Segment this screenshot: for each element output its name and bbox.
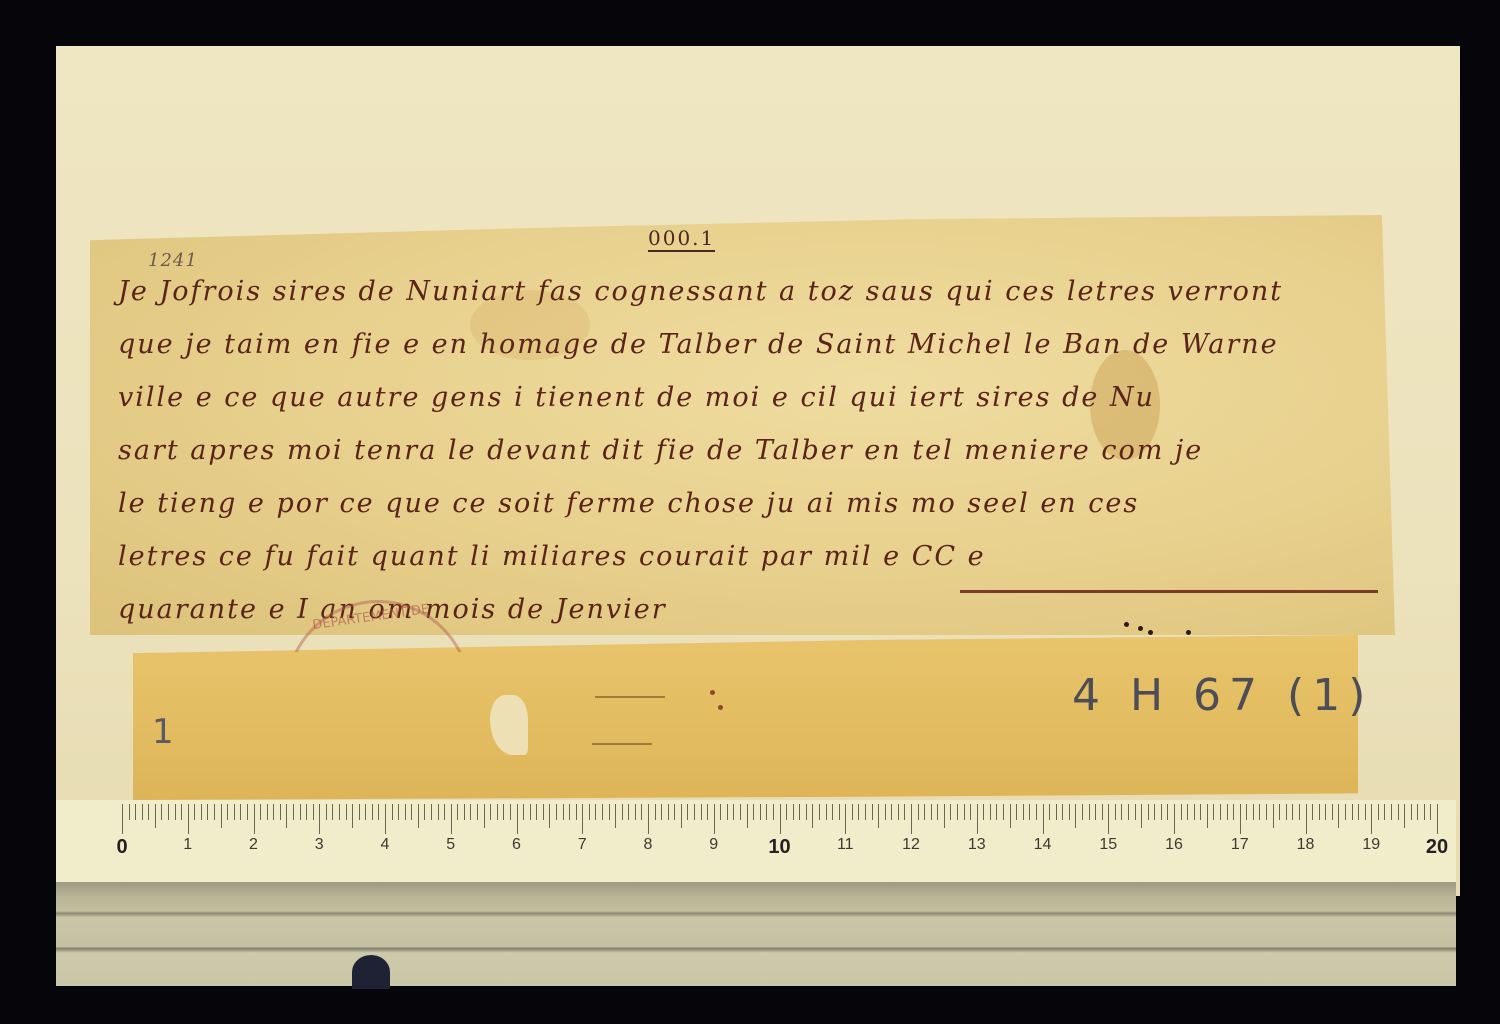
ruler-tick: [563, 804, 564, 820]
charter-text: Je Jofrois sires de Nuniart fas cognessa…: [118, 265, 1388, 636]
ruler-tick: [398, 804, 399, 820]
ruler-tick: [872, 804, 873, 820]
ruler-tick: [431, 804, 432, 820]
ruler-tick: [628, 804, 629, 820]
ruler-label: 14: [1034, 836, 1052, 854]
ruler-tick: [490, 804, 491, 820]
ruler-tick: [1200, 804, 1201, 820]
ruler-tick: [832, 804, 833, 820]
ruler-tick: [1115, 804, 1116, 820]
ruler-tick: [1332, 804, 1333, 820]
ruler-tick: [852, 804, 853, 820]
ruler-tick: [977, 804, 978, 834]
ruler-label: 11: [837, 836, 854, 854]
ruler-tick: [878, 804, 879, 828]
ruler-tick: [1246, 804, 1247, 820]
ruler-tick: [898, 804, 899, 820]
ruler-tick: [155, 804, 156, 828]
ruler-tick: [385, 804, 386, 834]
ruler-tick: [595, 804, 596, 820]
ruler-tick: [1154, 804, 1155, 820]
ruler-base: [56, 882, 1456, 986]
ruler-tick: [1194, 804, 1195, 820]
ruler-tick: [175, 804, 176, 820]
ruler-tick: [1365, 804, 1366, 820]
ruler-label: 13: [968, 836, 986, 854]
ruler-tick: [918, 804, 919, 820]
ruler-tick: [372, 804, 373, 820]
ruler-tick: [313, 804, 314, 820]
ink-dot: [710, 690, 715, 695]
ruler-tick: [418, 804, 419, 828]
ruler-tick: [1384, 804, 1385, 820]
ruler-tick: [845, 804, 846, 834]
ruler-tick: [411, 804, 412, 820]
ruler-tick: [359, 804, 360, 820]
ruler-label: 19: [1362, 836, 1380, 854]
ruler-tick: [1128, 804, 1129, 820]
ruler-tick: [740, 804, 741, 820]
ruler-tick: [641, 804, 642, 820]
ruler-tick: [543, 804, 544, 820]
ruler-tick: [780, 804, 781, 834]
ruler-tick: [1213, 804, 1214, 820]
ruler-tick: [1062, 804, 1063, 820]
ruler-tick: [1187, 804, 1188, 820]
ruler-tick: [549, 804, 550, 828]
ruler-tick: [1082, 804, 1083, 820]
ruler-label: 15: [1099, 836, 1117, 854]
measuring-ruler: 01234567891011121314151617181920: [56, 800, 1456, 882]
ruler-tick: [1299, 804, 1300, 820]
ruler-tick: [609, 804, 610, 820]
ruler-tick: [286, 804, 287, 828]
ruler-tick: [319, 804, 320, 834]
ruler-label: 18: [1297, 836, 1315, 854]
ruler-tick: [1108, 804, 1109, 834]
ruler-tick: [793, 804, 794, 820]
shelfmark: 4 H 67 (1): [1072, 670, 1373, 721]
ruler-tick: [720, 804, 721, 820]
ruler-tick: [1358, 804, 1359, 820]
ruler-tick: [1273, 804, 1274, 828]
ruler-tick: [1095, 804, 1096, 820]
ruler-tick: [661, 804, 662, 820]
ruler-tick: [444, 804, 445, 820]
text-line: Je Jofrois sires de Nuniart fas cognessa…: [118, 265, 1388, 318]
ruler-label: 5: [446, 836, 455, 854]
text-line: ville e ce que autre gens i tienent de m…: [118, 371, 1388, 424]
ruler-tick: [181, 804, 182, 820]
ruler-label: 17: [1231, 836, 1249, 854]
ruler-tick: [911, 804, 912, 834]
ruler-tick: [122, 804, 123, 834]
ruler-label: 1: [183, 836, 192, 854]
ink-dot: [1124, 622, 1129, 627]
ruler-tick: [1043, 804, 1044, 834]
ruler-tick: [1292, 804, 1293, 820]
ruler-tick: [937, 804, 938, 820]
ruler-tick: [766, 804, 767, 820]
ruler-tick: [273, 804, 274, 820]
ruler-tick: [536, 804, 537, 820]
ruler-tick: [477, 804, 478, 820]
ruler-tick: [326, 804, 327, 820]
ruler-tick: [674, 804, 675, 820]
ruler-tick: [405, 804, 406, 820]
ruler-label: 9: [709, 836, 718, 854]
ruler-tick: [635, 804, 636, 820]
ink-dot: [1186, 630, 1191, 635]
ruler-label: 10: [768, 836, 790, 859]
ruler-tick: [438, 804, 439, 820]
ruler-tick: [135, 804, 136, 820]
ruler-tick: [996, 804, 997, 820]
ruler-label: 12: [902, 836, 920, 854]
ruler-tick: [582, 804, 583, 834]
ruler-label: 20: [1426, 836, 1448, 859]
ruler-tick: [1161, 804, 1162, 820]
ruler-tick: [622, 804, 623, 820]
reference-number: 000.1: [648, 226, 715, 252]
ruler-label: 3: [315, 836, 324, 854]
ruler-label: 8: [644, 836, 653, 854]
ruler-tick: [1352, 804, 1353, 820]
ruler-tick: [983, 804, 984, 820]
ruler-tick: [267, 804, 268, 820]
ruler-tick: [293, 804, 294, 820]
ruler-tick: [904, 804, 905, 820]
ruler-tick: [1325, 804, 1326, 820]
ruler-tick: [970, 804, 971, 820]
ruler-tick: [1259, 804, 1260, 820]
ruler-label: 6: [512, 836, 521, 854]
ruler-tick: [1220, 804, 1221, 820]
ruler-tick: [339, 804, 340, 820]
text-line: que je taim en fie e en homage de Talber…: [118, 318, 1388, 371]
ruler-tick: [194, 804, 195, 820]
ruler-tick: [1003, 804, 1004, 820]
ruler-tick: [1398, 804, 1399, 820]
fold-crease: [595, 696, 665, 698]
ruler-tick: [858, 804, 859, 820]
fold-crease: [592, 743, 652, 745]
ruler-tick: [168, 804, 169, 820]
ruler-tick: [234, 804, 235, 820]
ruler-tick: [576, 804, 577, 820]
ruler-tick: [1411, 804, 1412, 820]
ruler-tick: [885, 804, 886, 820]
ruler-tick: [378, 804, 379, 820]
ruler-tick: [332, 804, 333, 820]
ruler-tick: [1338, 804, 1339, 828]
ruler-tick: [1141, 804, 1142, 828]
ruler-tick: [747, 804, 748, 828]
ruler-tick: [1102, 804, 1103, 820]
ruler-tick: [530, 804, 531, 820]
ruler-tick: [694, 804, 695, 820]
ruler-tick: [819, 804, 820, 820]
ruler-tick: [1023, 804, 1024, 820]
folio-mark: 1: [152, 712, 174, 752]
ruler-tick: [681, 804, 682, 828]
ruler-tick: [1135, 804, 1136, 820]
ruler-tick: [1167, 804, 1168, 820]
ruler-tick: [424, 804, 425, 820]
ruler-tick: [891, 804, 892, 820]
ruler-tick: [280, 804, 281, 820]
ruler-tick: [1266, 804, 1267, 820]
ruler-tick: [1319, 804, 1320, 820]
ruler-tick: [1181, 804, 1182, 820]
ruler-label: 0: [116, 836, 127, 859]
ruler-tick: [1371, 804, 1372, 834]
ruler-tick: [839, 804, 840, 820]
ruler-tick: [773, 804, 774, 820]
ink-dot: [1138, 626, 1143, 631]
ruler-tick: [497, 804, 498, 820]
ruler-tick: [1207, 804, 1208, 828]
ruler-tick: [240, 804, 241, 820]
ruler-tick: [944, 804, 945, 828]
ruler-tick: [615, 804, 616, 828]
ruler-label: 7: [578, 836, 587, 854]
ruler-tick: [1378, 804, 1379, 820]
ruler-tick: [1233, 804, 1234, 820]
ruler-tick: [655, 804, 656, 820]
ruler-tick: [148, 804, 149, 820]
ruler-tick: [806, 804, 807, 820]
ruler-tick: [957, 804, 958, 820]
ruler-tick: [306, 804, 307, 820]
ruler-tick: [510, 804, 511, 820]
ruler-tick: [1404, 804, 1405, 828]
ruler-tick: [201, 804, 202, 820]
ruler-tick: [865, 804, 866, 820]
ruler-tick: [254, 804, 255, 834]
ruler-label: 16: [1165, 836, 1183, 854]
ruler-tick: [753, 804, 754, 820]
text-line: sart apres moi tenra le devant dit fie d…: [118, 424, 1388, 477]
ruler-tick: [260, 804, 261, 820]
ink-dot: [1148, 630, 1153, 635]
ruler-tick: [648, 804, 649, 834]
ruler-tick: [352, 804, 353, 828]
ruler-tick: [687, 804, 688, 820]
ruler-tick: [464, 804, 465, 820]
ruler-tick: [799, 804, 800, 820]
ruler-tick: [569, 804, 570, 820]
ruler-tick: [1430, 804, 1431, 820]
ruler-label: 4: [381, 836, 390, 854]
ruler-tick: [1069, 804, 1070, 820]
ruler-tick: [221, 804, 222, 828]
ruler-tick: [227, 804, 228, 820]
ruler-tick: [517, 804, 518, 834]
ruler-tick: [589, 804, 590, 820]
ruler-tick: [161, 804, 162, 820]
ruler-tick: [786, 804, 787, 820]
ruler-tick: [707, 804, 708, 820]
ruler-tick: [457, 804, 458, 820]
ruler-tick: [964, 804, 965, 820]
ruler-label: 2: [249, 836, 258, 854]
ruler-tick: [714, 804, 715, 834]
ruler-tick: [1286, 804, 1287, 820]
ruler-tick: [1306, 804, 1307, 834]
ruler-tick: [1391, 804, 1392, 820]
ruler-tick: [1075, 804, 1076, 828]
ruler-tick: [1437, 804, 1438, 834]
ruler-tick: [523, 804, 524, 820]
ruler-tick: [760, 804, 761, 820]
ruler-tick: [1036, 804, 1037, 820]
ruler-tick: [1174, 804, 1175, 834]
ruler-tick: [214, 804, 215, 820]
ruler-tick: [300, 804, 301, 820]
ruler-tick: [451, 804, 452, 834]
ruler-knob: [352, 955, 390, 989]
ruler-tick: [727, 804, 728, 820]
ruler-tick: [931, 804, 932, 820]
ruler-tick: [142, 804, 143, 820]
ruler-tick: [470, 804, 471, 820]
ink-dot: [718, 705, 723, 710]
ruler-tick: [1417, 804, 1418, 820]
text-line: le tieng e por ce que ce soit ferme chos…: [118, 477, 1388, 530]
ruler-tick: [503, 804, 504, 820]
ruler-tick: [733, 804, 734, 820]
ruler-tick: [392, 804, 393, 820]
ruler-tick: [188, 804, 189, 834]
ruler-tick: [247, 804, 248, 820]
ruler-tick: [924, 804, 925, 820]
ruler-tick: [1345, 804, 1346, 820]
text-line: letres ce fu fait quant li miliares cour…: [118, 530, 1388, 583]
ruler-tick: [207, 804, 208, 820]
ruler-tick: [1029, 804, 1030, 820]
ruler-tick: [129, 804, 130, 820]
ruler-tick: [668, 804, 669, 820]
ruler-tick: [1056, 804, 1057, 820]
ruler-tick: [556, 804, 557, 820]
ruler-tick: [812, 804, 813, 828]
ruler-ticks: 01234567891011121314151617181920: [122, 804, 1440, 840]
ruler-tick: [1049, 804, 1050, 820]
ruler-tick: [1148, 804, 1149, 820]
ruler-tick: [1253, 804, 1254, 820]
ruler-tick: [826, 804, 827, 820]
ruler-tick: [346, 804, 347, 820]
line-filler-stroke: [960, 590, 1378, 593]
ruler-tick: [990, 804, 991, 820]
ruler-tick: [1089, 804, 1090, 820]
ruler-tick: [950, 804, 951, 820]
ruler-tick: [365, 804, 366, 820]
ruler-tick: [1312, 804, 1313, 820]
ruler-tick: [1227, 804, 1228, 820]
ruler-tick: [1121, 804, 1122, 820]
ruler-tick: [1279, 804, 1280, 820]
ruler-tick: [701, 804, 702, 820]
ruler-tick: [1424, 804, 1425, 820]
ruler-tick: [1240, 804, 1241, 834]
ruler-tick: [484, 804, 485, 828]
ruler-tick: [1010, 804, 1011, 828]
ruler-tick: [602, 804, 603, 820]
ruler-tick: [1016, 804, 1017, 820]
